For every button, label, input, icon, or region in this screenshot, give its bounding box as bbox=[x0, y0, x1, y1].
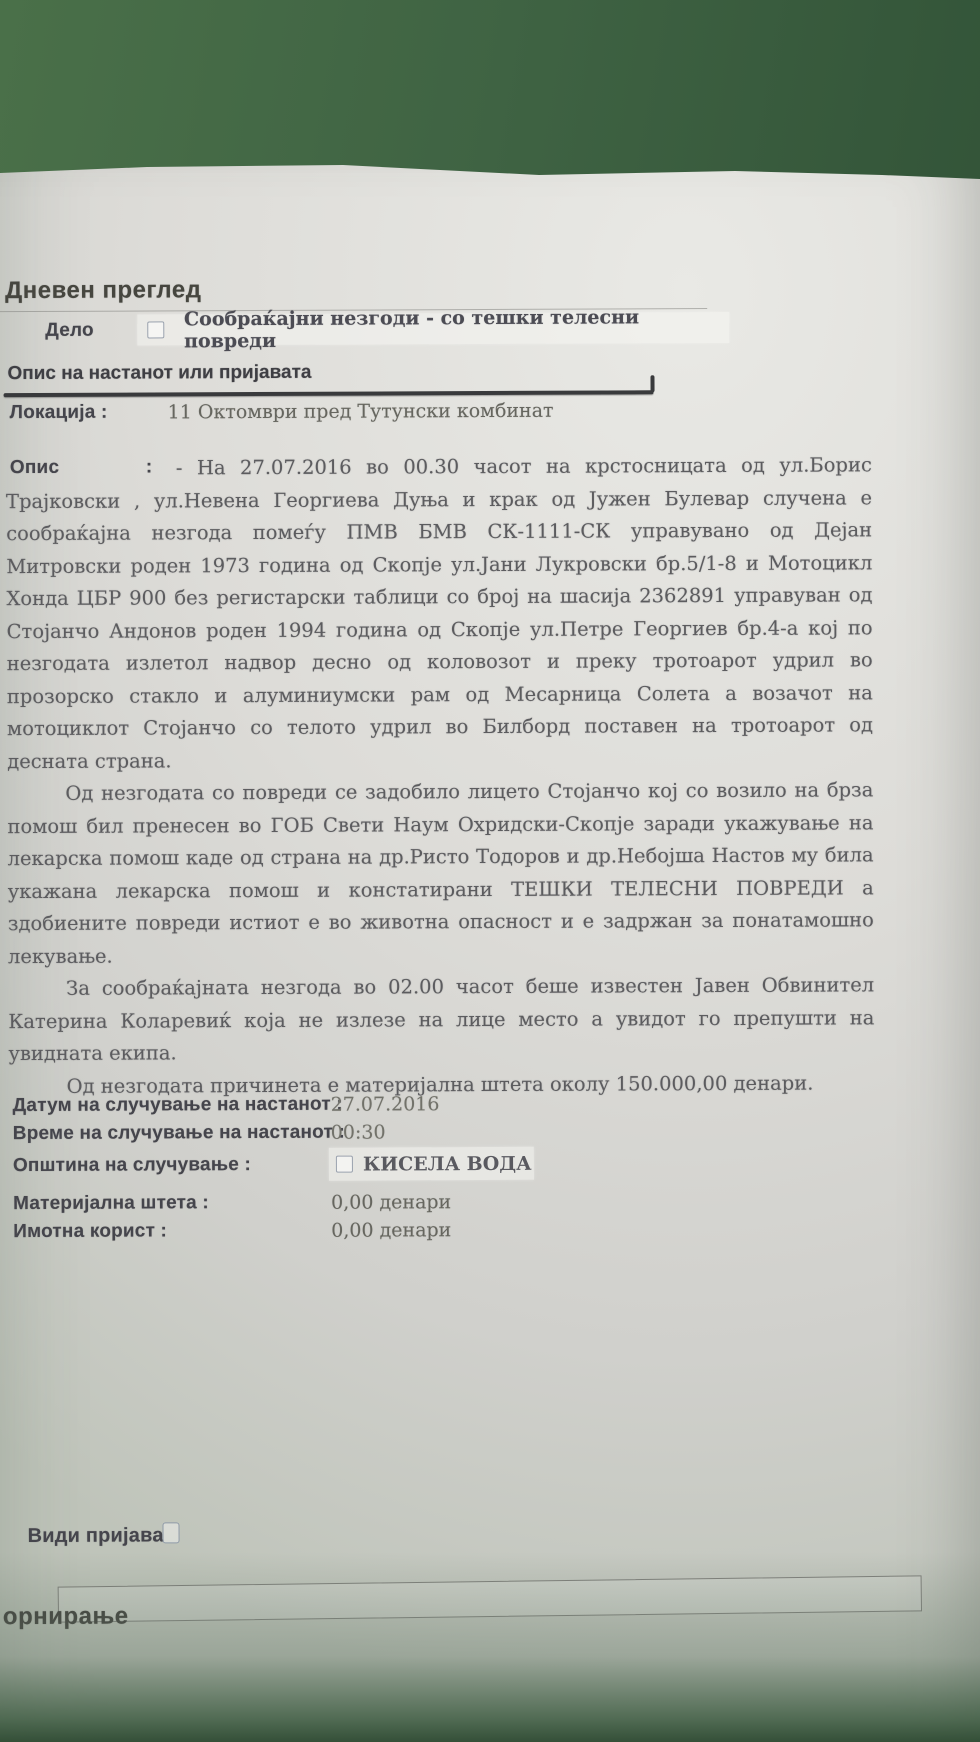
field-label-datum: Датум на случување на настанот : bbox=[13, 1094, 343, 1117]
delo-label: Дело bbox=[45, 320, 94, 342]
field-value-opstina: КИСЕЛА ВОДА bbox=[363, 1152, 532, 1175]
opstina-value-box: КИСЕЛА ВОДА bbox=[329, 1147, 534, 1181]
delo-value-box: Сообраќајни незгоди - со тешки телесни п… bbox=[137, 312, 729, 346]
field-label-opstina: Општина на случување : bbox=[13, 1154, 251, 1177]
prijava-document-icon[interactable] bbox=[162, 1522, 179, 1543]
opis-text-block: - На 27.07.2016 во 00.30 часот на крстос… bbox=[6, 449, 875, 1103]
field-value-datum: 27.07.2016 bbox=[331, 1093, 440, 1115]
lokacija-value: 11 Октомври пред Тутунски комбинат bbox=[168, 400, 554, 424]
field-label-vreme: Време на случување на настанот : bbox=[13, 1122, 345, 1145]
opis-paragraph: За сообраќајната незгода во 02.00 часот … bbox=[8, 969, 874, 1070]
opstina-checkbox-icon[interactable] bbox=[336, 1156, 353, 1173]
section-underline bbox=[4, 390, 654, 397]
storno-label: орнирање bbox=[3, 1603, 129, 1632]
field-value-vreme: 00:30 bbox=[331, 1121, 386, 1143]
section-underline-tick bbox=[650, 375, 654, 392]
field-value-steta: 0,00 денари bbox=[331, 1191, 451, 1214]
document-page: Дневен преглед Дело Сообраќајни незгоди … bbox=[0, 163, 980, 1742]
delo-checkbox-icon[interactable] bbox=[147, 321, 164, 338]
opis-paragraph: - На 27.07.2016 во 00.30 часот на крстос… bbox=[6, 449, 873, 778]
section-title: Опис на настанот или пријавата bbox=[7, 362, 311, 385]
opis-paragraph: Од незгодата со повреди се задобило лице… bbox=[7, 774, 874, 973]
page-title: Дневен преглед bbox=[5, 276, 201, 305]
vidi-prijava-label: Види пријава bbox=[27, 1524, 163, 1548]
lokacija-label: Локација : bbox=[10, 402, 108, 424]
field-label-steta: Материјална штета : bbox=[13, 1192, 209, 1215]
field-label-korist: Имотна корист : bbox=[13, 1220, 167, 1243]
storno-input-box[interactable] bbox=[58, 1575, 922, 1622]
delo-value: Сообраќајни незгоди - со тешки телесни п… bbox=[184, 305, 729, 351]
field-value-korist: 0,00 денари bbox=[331, 1219, 451, 1242]
